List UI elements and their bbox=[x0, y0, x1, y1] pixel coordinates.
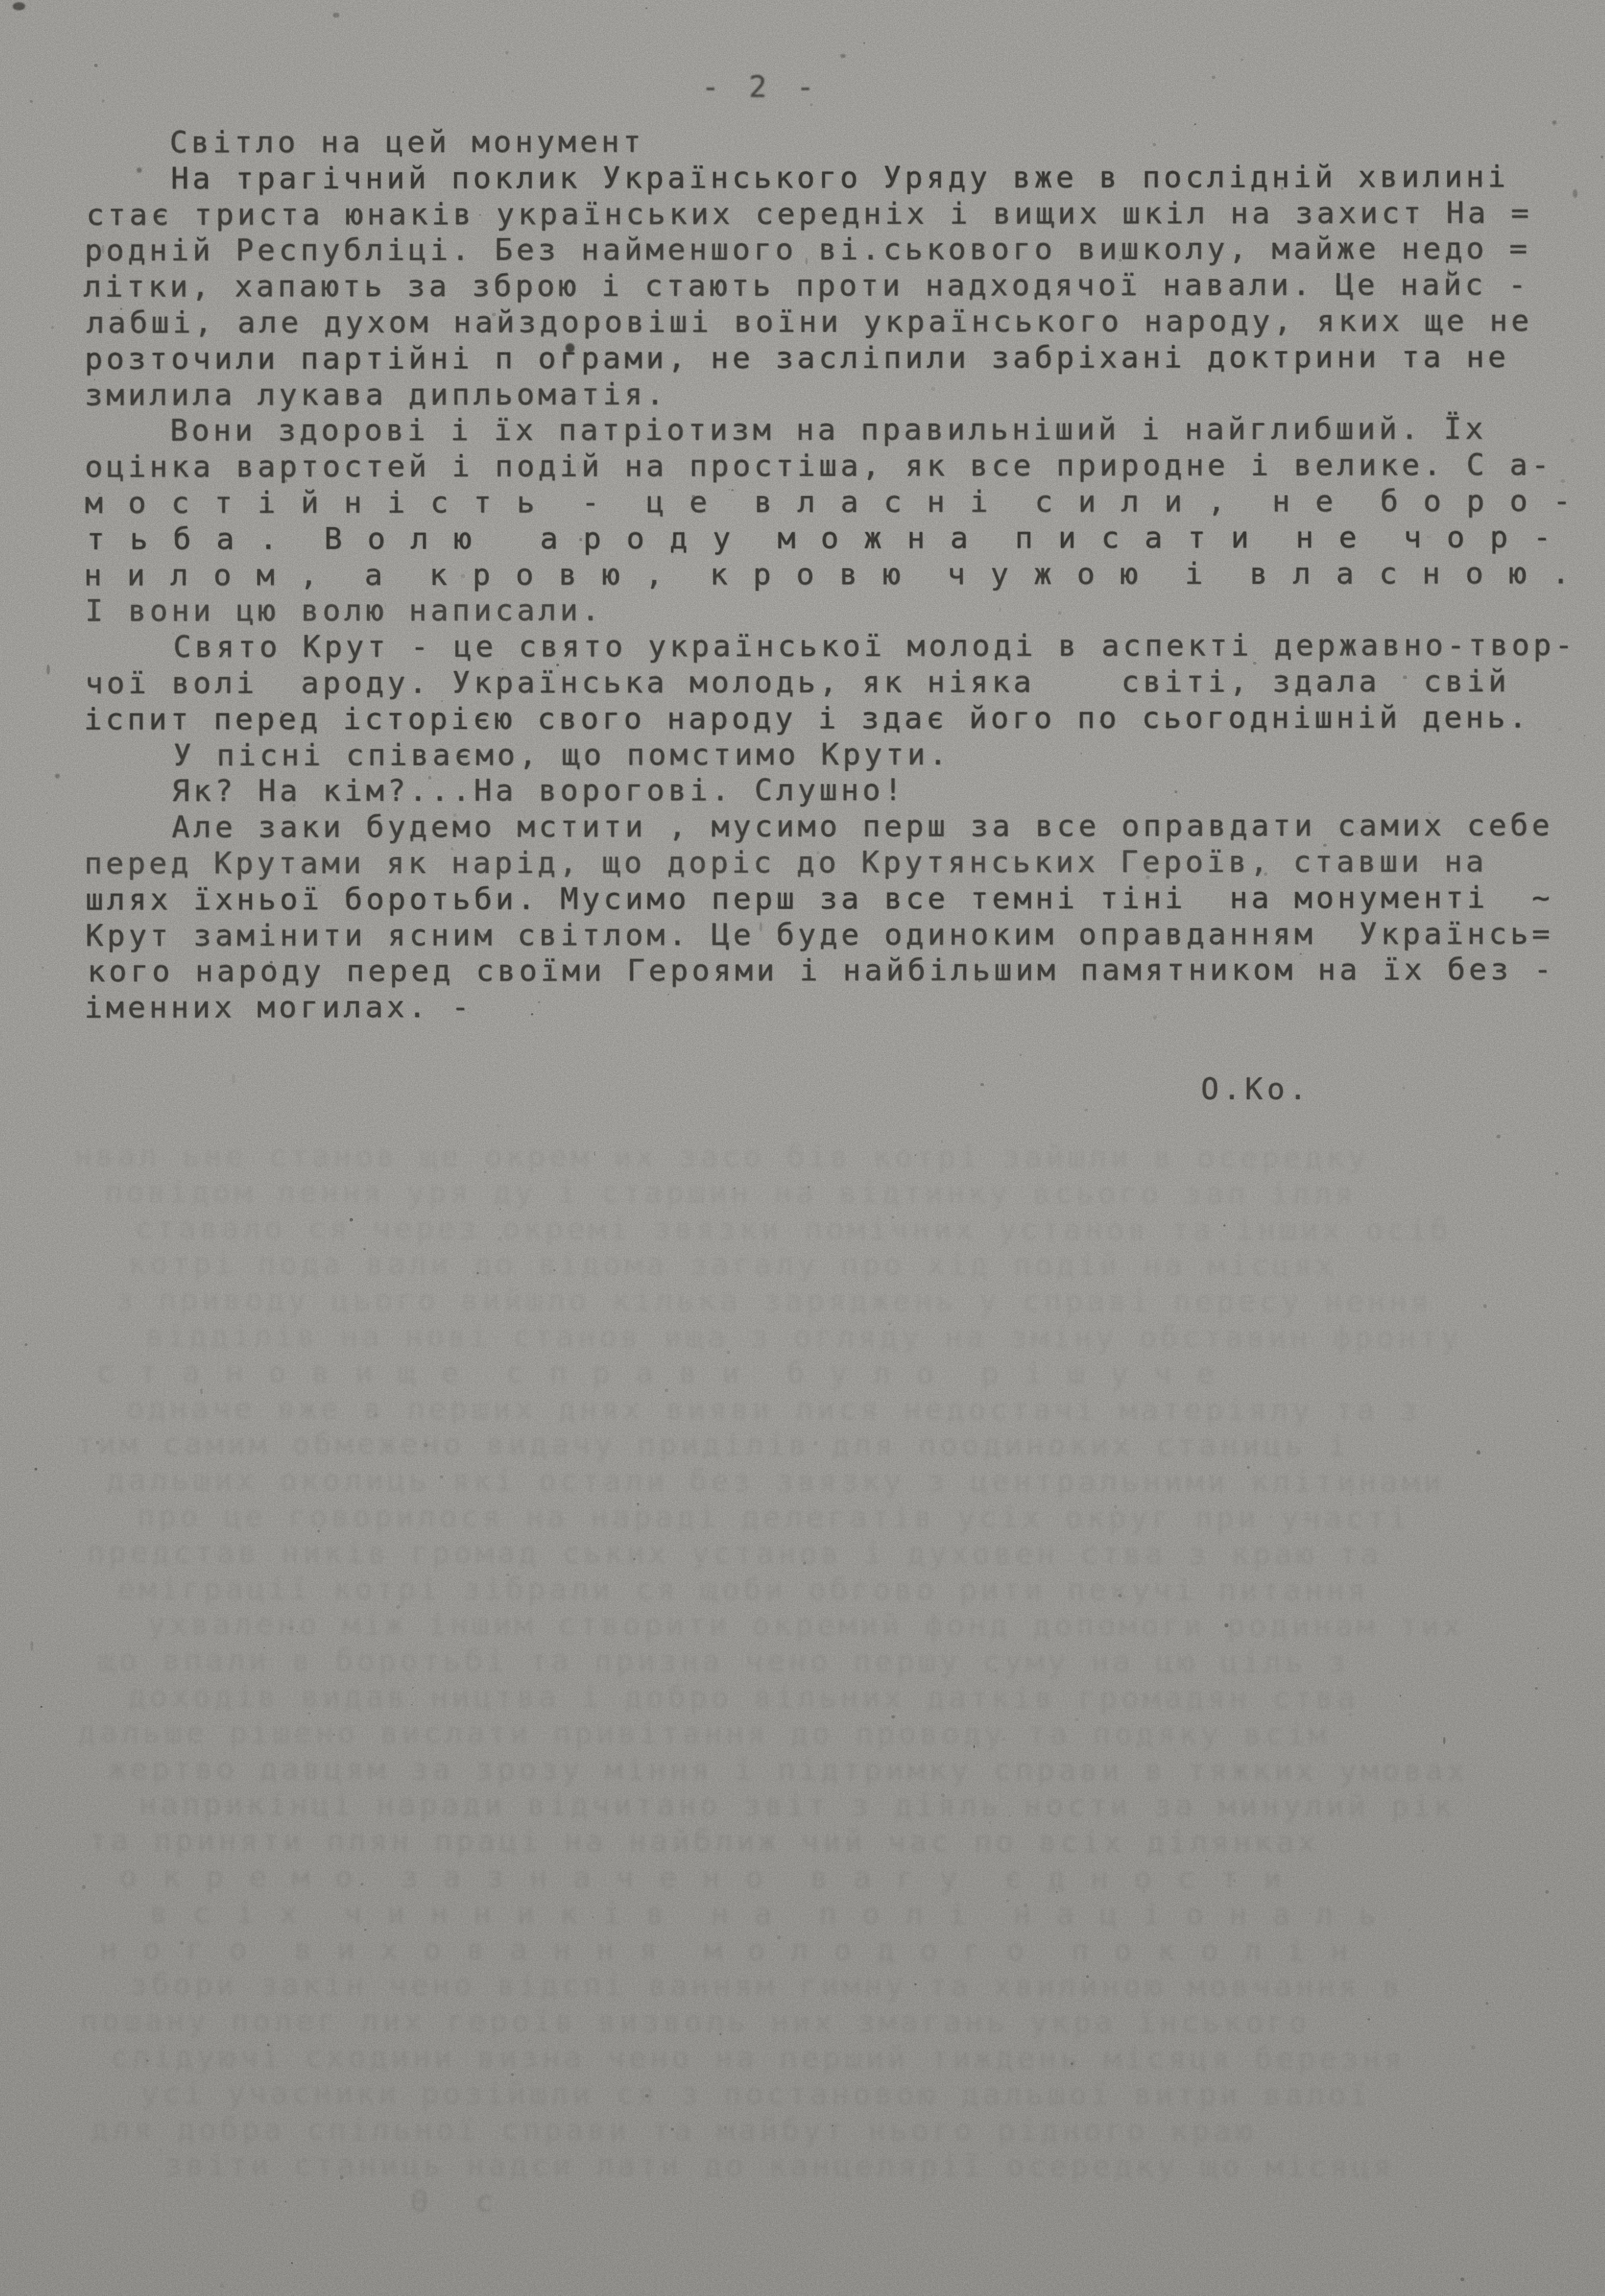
bleed-through-line: що впали в боротьбі та призна чено першу… bbox=[98, 1643, 1590, 1681]
speck bbox=[452, 91, 454, 93]
bleed-through-line: н о г о в и х о в а н н я м о л о д о г … bbox=[99, 1932, 1592, 1969]
speck bbox=[40, 1706, 42, 1708]
speck bbox=[1600, 156, 1603, 158]
bleed-through-line: ставало ся через окремі звязки помічних … bbox=[135, 1211, 1605, 1248]
bleed-through-line: в с і х ч и н н и к і в н а п о л і н а … bbox=[149, 1895, 1605, 1933]
speck bbox=[1479, 2291, 1480, 2292]
bleed-through-line: слідуючі сходини визна чено на перший ти… bbox=[110, 2039, 1603, 2077]
speck bbox=[497, 1124, 500, 1127]
bleed-through-line: та приняти плян праці на найближ чий час… bbox=[89, 1823, 1581, 1861]
speck bbox=[41, 967, 44, 969]
speck bbox=[59, 1550, 62, 1553]
bleed-through-line: про це говорилося на нараді делегатів ус… bbox=[137, 1499, 1605, 1537]
bleed-through-line: с т а н о в и щ е с п р а в и б у л о р … bbox=[96, 1355, 1588, 1393]
text-line: стає триста юнаків українських середніх … bbox=[86, 195, 1596, 233]
text-line: лабші, але духом найздоровіші воїни укра… bbox=[86, 303, 1596, 341]
text-line: Свято Крут - це свято української молоді… bbox=[87, 627, 1596, 665]
text-line: У пісні співаємо, що помстимо Крути. bbox=[87, 736, 1596, 774]
text-line: перед Крутами як нарід, що доріс до Крут… bbox=[84, 844, 1594, 882]
bleed-through-line: для добра спільної справи та майбут ньог… bbox=[91, 2112, 1583, 2150]
ink-blot bbox=[840, 54, 846, 58]
speck bbox=[214, 1072, 215, 1074]
text-line: чої волі ароду. Українська молодь, як ні… bbox=[85, 664, 1595, 701]
bleed-through-line: пошану полег лих героїв визволь них змаг… bbox=[80, 2003, 1572, 2041]
bleed-through-text: нвал ьне станов ще окрем их засо бів кот… bbox=[84, 1138, 1579, 2222]
bleed-through-line: ухвалено між іншим створити окремий фонд… bbox=[148, 1607, 1605, 1645]
speck bbox=[176, 1031, 178, 1034]
speck bbox=[1240, 59, 1243, 61]
speck bbox=[46, 665, 49, 675]
bleed-through-line: відділів на нові станов ища з огляду на … bbox=[146, 1318, 1605, 1356]
speck bbox=[220, 2284, 224, 2288]
speck bbox=[232, 1073, 235, 1084]
speck bbox=[40, 1956, 42, 1958]
speck bbox=[35, 1826, 37, 1829]
speck bbox=[511, 90, 513, 92]
text-line: літки, хапають за зброю і стають проти н… bbox=[83, 267, 1593, 305]
speck bbox=[291, 2262, 293, 2264]
bleed-through-line: з приводу цього вийшло кілька заряджень … bbox=[115, 1282, 1605, 1320]
ink-blot bbox=[13, 2, 25, 10]
text-line: родній Республіці. Без найменшого ві.ськ… bbox=[84, 231, 1594, 269]
signature: О.Ко. bbox=[1201, 1072, 1311, 1107]
speck bbox=[34, 1468, 37, 1471]
speck bbox=[376, 25, 377, 26]
speck bbox=[1212, 76, 1215, 79]
bleed-through-line: повідом лення уря ду і старшин на відтин… bbox=[104, 1174, 1597, 1212]
text-line: іспит перед історією свого народу і здає… bbox=[84, 700, 1594, 738]
text-line: На трагічний поклик Українського Уряду в… bbox=[84, 159, 1594, 197]
bleed-through-line: наприкінці наради відчитано звіт з діяль… bbox=[139, 1787, 1605, 1825]
bleed-through-line: збори закін чено відспі ванням гимну та … bbox=[130, 1968, 1605, 2006]
scanned-document-page: нвал ьне станов ще окрем их засо бів кот… bbox=[0, 0, 1605, 2296]
page-number: - 2 - bbox=[701, 70, 820, 104]
speck bbox=[25, 1343, 28, 1346]
speck bbox=[30, 1641, 33, 1651]
speck bbox=[1019, 1054, 1022, 1056]
text-line: І вони цю волю написали. bbox=[85, 592, 1595, 630]
speck bbox=[84, 1111, 87, 1114]
text-line: оцінка вартостей і подій на простіша, як… bbox=[85, 447, 1595, 485]
speck bbox=[30, 100, 33, 103]
speck bbox=[1584, 1448, 1587, 1450]
speck bbox=[1497, 1135, 1501, 1139]
bleed-through-line: еміграції котрі зібрали ся щоби обгово р… bbox=[117, 1571, 1605, 1609]
text-line: Як? На кім?...На ворогові. Слушно! bbox=[85, 772, 1595, 810]
bleed-through-line: жертво давцям за зрозу міння і підтримку… bbox=[108, 1751, 1601, 1789]
text-line: Вони здорові і їх патріотизм на правильн… bbox=[84, 412, 1594, 449]
document-body: Світло на цей монумент На трагічний покл… bbox=[84, 123, 1595, 1026]
bleed-through-line: тим самим обмежено видачу приділів для п… bbox=[76, 1427, 1569, 1465]
text-line: Але заки будемо мстити , мусимо перш за … bbox=[86, 808, 1595, 846]
speck bbox=[863, 42, 865, 44]
text-line: іменних могилах. - bbox=[84, 988, 1594, 1026]
speck bbox=[505, 51, 509, 55]
heading-line: Світло на цей монумент bbox=[83, 123, 1593, 161]
speck bbox=[102, 99, 104, 102]
bleed-through-line: нвал ьне станов ще окрем их засо бів кот… bbox=[74, 1138, 1567, 1176]
speck bbox=[1460, 2278, 1464, 2281]
bleed-through-line: усі учасники розійшли ся з постановою да… bbox=[141, 2076, 1605, 2113]
speck bbox=[980, 1083, 983, 1086]
bleed-through-line: дальше рішено вислати привітання до пров… bbox=[78, 1715, 1571, 1753]
bleed-through-line: 0 с bbox=[152, 2183, 1605, 2221]
speck bbox=[645, 7, 648, 10]
text-line: змилила лукава дипльоматія. bbox=[85, 375, 1595, 413]
speck bbox=[812, 1109, 815, 1112]
text-line: кого народу перед своїми Героями і найбі… bbox=[87, 952, 1597, 990]
speck bbox=[1402, 1087, 1405, 1089]
text-line: м о с т і й н і с т ь - ц е в л а с н і … bbox=[85, 483, 1595, 521]
ink-blot bbox=[55, 774, 60, 778]
bleed-through-line: дальших околиць які остали без звязку з … bbox=[106, 1463, 1599, 1500]
speck bbox=[46, 812, 48, 814]
ink-blot bbox=[333, 13, 339, 18]
bleed-through-line: одначе вже в перших днях вияви лися недо… bbox=[126, 1391, 1605, 1429]
text-line: шлях їхньої боротьби. Мусимо перш за все… bbox=[86, 880, 1595, 918]
bleed-through-line: о к р е м о з а з н а ч е н о в а г у є … bbox=[119, 1859, 1605, 1897]
speck bbox=[94, 64, 98, 68]
speck bbox=[51, 326, 54, 329]
bleed-through-line: представ ників громад ських установ і ду… bbox=[87, 1535, 1579, 1573]
bleed-through-line: котрі пода вали до відома загалу про хід… bbox=[85, 1247, 1577, 1285]
bleed-through-line: доходів видав ництва і добро вільних дат… bbox=[128, 1679, 1605, 1717]
text-line: розточили партійні п ограми, не засліпил… bbox=[84, 339, 1594, 377]
bleed-through-line: звіти станиць надси лати до канцелярії о… bbox=[121, 2148, 1605, 2186]
text-line: н и л о м , а к р о в ю , к р о в ю ч у … bbox=[84, 556, 1594, 594]
text-line: т ь б а . В о л ю а р о д у м о ж н а п … bbox=[87, 519, 1596, 557]
text-line: Крут замінити ясним світлом. Це буде оди… bbox=[86, 916, 1595, 954]
speck bbox=[1568, 1061, 1569, 1062]
speck bbox=[1084, 1108, 1088, 1112]
